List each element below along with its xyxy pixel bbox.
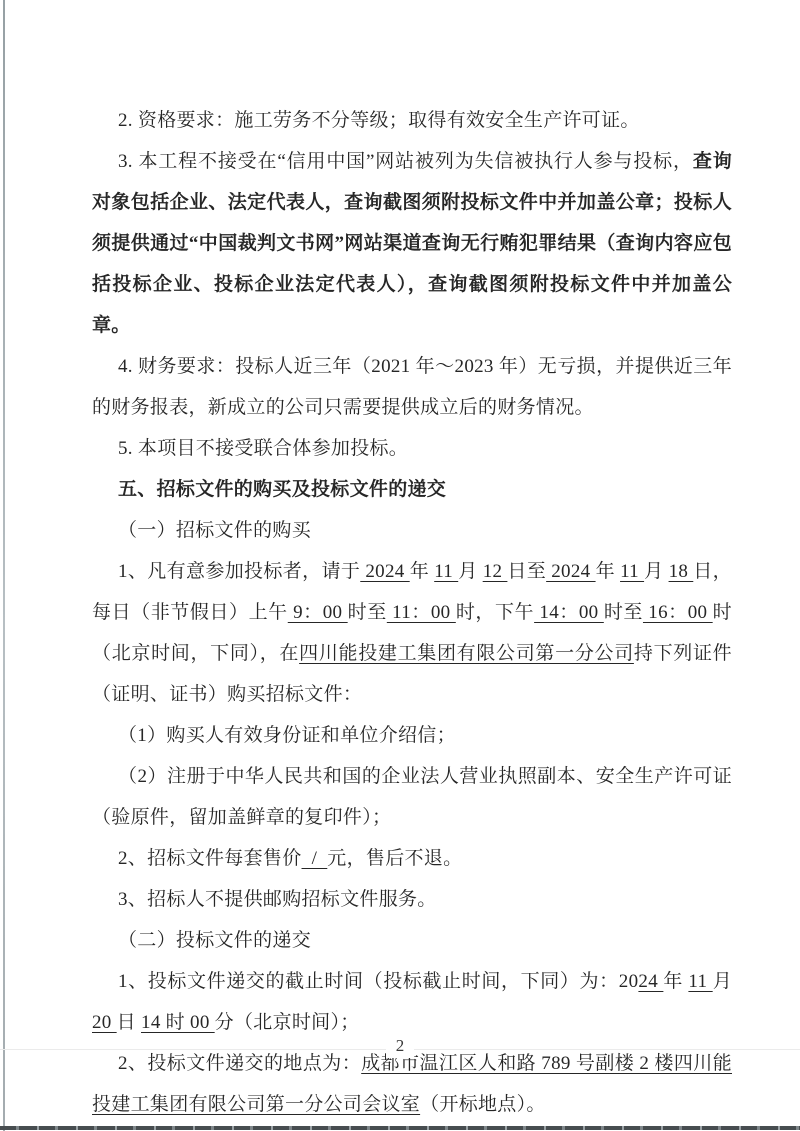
heading-text: 五、招标文件的购买及投标文件的递交 [118,479,446,500]
paragraph-submission-deadline: 1、投标文件递交的截止时间（投标截止时间，下同）为：2024 年 11 月 20… [92,961,732,1043]
underline-field-price: / [302,848,328,869]
text-segment: 月 [458,561,482,582]
text-segment: （开标地点）。 [420,1094,546,1115]
underline-field-day: 20 [92,1012,117,1033]
page-footer: 2 [0,1034,800,1058]
heading-text: （二）投标文件的递交 [118,930,311,951]
underline-field-time: 14 时 00 [141,1012,215,1033]
text-segment: 1、投标文件递交的截止时间（投标截止时间，下同）为：20 [118,971,638,992]
text-segment: 1、凡有意参加投标者，请于 [118,561,360,582]
underline-field-time: 11：00 [387,602,456,623]
paragraph-certificate-id: （1）购买人有效身份证和单位介绍信； [92,715,732,756]
text-segment: 时至 [348,602,387,623]
heading-text: （一）招标文件的购买 [118,520,311,541]
scan-edge-bottom [0,1126,800,1130]
page-number: 2 [386,1034,415,1058]
text-segment: 年 [596,561,620,582]
paragraph-purchase-schedule: 1、凡有意参加投标者，请于 2024 年 11 月 12 日至 2024 年 1… [92,551,732,715]
underline-field-year: 24 [638,971,663,992]
underline-field-month: 11 [688,971,712,992]
underline-field-day: 12 [483,561,508,582]
text-segment: 月 [713,971,732,992]
text-segment: 3、招标人不提供邮购招标文件服务。 [118,889,437,910]
underline-field-day: 18 [669,561,694,582]
text-segment: 年 [663,971,688,992]
underline-field-time: 9：00 [288,602,348,623]
underline-field-time: 16：00 [643,602,713,623]
paragraph-financial-requirement: 4. 财务要求：投标人近三年（2021 年～2023 年）无亏损，并提供近三年的… [92,346,732,428]
text-segment: 时至 [604,602,643,623]
text-segment: 2、招标文件每套售价 [118,848,302,869]
text-segment: （2）注册于中华人民共和国的企业法人营业执照副本、安全生产许可证（验原件，留加盖… [92,766,732,828]
text-segment: 4. 财务要求：投标人近三年（2021 年～2023 年）无亏损，并提供近三年的… [92,356,732,418]
text-segment: 元，售后不退。 [327,848,462,869]
underline-field-company: 四川能投建工集团有限公司第一分公司 [299,643,634,664]
bold-text-segment: 查询对象包括企业、法定代表人，查询截图须附投标文件中并加盖公章；投标人须提供通过… [92,151,732,336]
text-segment: 分（北京时间）； [215,1012,360,1033]
document-page: 2. 资格要求：施工劳务不分等级；取得有效安全生产许可证。 3. 本工程不接受在… [0,0,800,1131]
text-segment: （1）购买人有效身份证和单位介绍信； [118,725,456,746]
paragraph-credit-requirement: 3. 本工程不接受在“信用中国”网站被列为失信被执行人参与投标，查询对象包括企业… [92,141,732,346]
paragraph-no-mail-order: 3、招标人不提供邮购招标文件服务。 [92,879,732,920]
text-segment: 时，下午 [456,602,534,623]
paragraph-certificate-license: （2）注册于中华人民共和国的企业法人营业执照副本、安全生产许可证（验原件，留加盖… [92,756,732,838]
paragraph-document-price: 2、招标文件每套售价 / 元，售后不退。 [92,838,732,879]
text-segment: 5. 本项目不接受联合体参加投标。 [118,438,408,459]
paragraph-no-consortium: 5. 本项目不接受联合体参加投标。 [92,428,732,469]
subsection-heading-submission: （二）投标文件的递交 [92,920,732,961]
underline-field-month: 11 [434,561,458,582]
text-segment: 月 [644,561,668,582]
text-segment: 2. 资格要求：施工劳务不分等级；取得有效安全生产许可证。 [118,110,640,131]
underline-field-year: 2024 [360,561,409,582]
underline-field-month: 11 [620,561,644,582]
text-segment: 3. 本工程不接受在“信用中国”网站被列为失信被执行人参与投标， [118,151,693,172]
underline-field-time: 14：00 [534,602,604,623]
underline-field-year: 2024 [546,561,595,582]
text-segment: 日至 [507,561,546,582]
subsection-heading-purchase: （一）招标文件的购买 [92,510,732,551]
text-segment: 日 [117,1012,141,1033]
paragraph-qualification-requirement: 2. 资格要求：施工劳务不分等级；取得有效安全生产许可证。 [92,100,732,141]
section-heading-five: 五、招标文件的购买及投标文件的递交 [92,469,732,510]
text-segment: 年 [410,561,434,582]
document-content: 2. 资格要求：施工劳务不分等级；取得有效安全生产许可证。 3. 本工程不接受在… [0,0,800,1125]
